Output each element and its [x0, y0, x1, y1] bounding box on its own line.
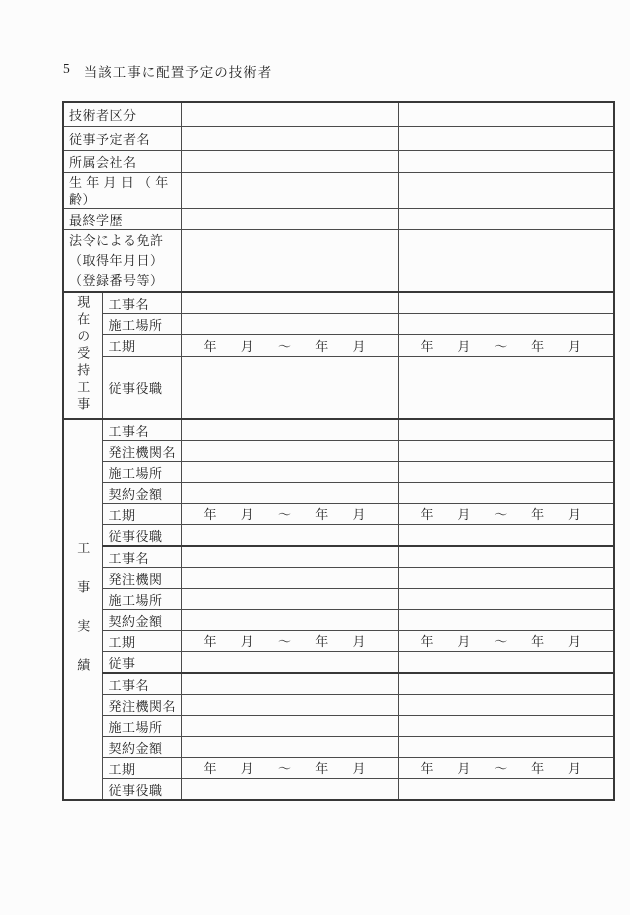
- field-cell: [181, 609, 398, 630]
- current-works-band: 現在の受持工事: [63, 292, 102, 419]
- period-template: 年 月 ～ 年 月: [182, 504, 398, 523]
- field-label-license: 法令による免許 （取得年月日） （登録番号等）: [63, 229, 181, 292]
- birthdate-line2: 齢）: [69, 191, 178, 208]
- year-label: 年: [315, 758, 328, 777]
- year-label: 年: [421, 631, 434, 650]
- field-cell: [398, 736, 614, 757]
- field-cell: [181, 208, 398, 229]
- field-cell: [398, 461, 614, 482]
- field-cell: [398, 102, 614, 126]
- year-label: 年: [315, 504, 328, 523]
- field-cell: [398, 588, 614, 609]
- field-cell: [181, 172, 398, 208]
- section-number: 5: [63, 61, 71, 81]
- field-label-work-period: 工期: [102, 630, 181, 651]
- field-label-role: 従事役職: [102, 356, 181, 418]
- license-line2: （取得年月日）: [69, 251, 178, 271]
- year-label: 年: [421, 758, 434, 777]
- year-label: 年: [421, 504, 434, 523]
- period-cell: 年 月 ～ 年 月: [398, 334, 614, 356]
- field-cell: [181, 461, 398, 482]
- field-cell: [181, 313, 398, 334]
- month-label: 月: [568, 336, 581, 355]
- field-cell: [398, 778, 614, 800]
- section-heading: 当該工事に配置予定の技術者: [84, 61, 273, 81]
- field-cell: [181, 524, 398, 546]
- field-cell: [181, 736, 398, 757]
- month-label: 月: [457, 758, 470, 777]
- field-cell: [181, 694, 398, 715]
- field-cell: [398, 715, 614, 736]
- field-cell: [398, 673, 614, 695]
- year-label: 年: [315, 631, 328, 650]
- field-cell: [398, 208, 614, 229]
- section-title: 5 当該工事に配置予定の技術者: [63, 61, 272, 81]
- field-label-work-name: 工事名: [102, 673, 181, 695]
- month-label: 月: [352, 631, 365, 650]
- period-cell: 年 月 ～ 年 月: [181, 630, 398, 651]
- field-label-ordering-agency: 発注機関名: [102, 440, 181, 461]
- field-label-work-period: 工期: [102, 503, 181, 524]
- birthdate-line1: 生 年 月 日 （ 年: [69, 174, 178, 191]
- month-label: 月: [352, 336, 365, 355]
- field-cell: [181, 440, 398, 461]
- year-label: 年: [531, 504, 544, 523]
- period-template: 年 月 ～ 年 月: [399, 758, 614, 777]
- field-cell: [398, 694, 614, 715]
- field-label-planned-worker-name: 従事予定者名: [63, 126, 181, 150]
- field-cell: [398, 229, 614, 292]
- field-cell: [181, 356, 398, 418]
- period-cell: 年 月 ～ 年 月: [398, 503, 614, 524]
- field-label-contract-amount: 契約金額: [102, 482, 181, 503]
- period-cell: 年 月 ～ 年 月: [181, 334, 398, 356]
- field-cell: [181, 778, 398, 800]
- month-label: 月: [568, 631, 581, 650]
- year-label: 年: [315, 336, 328, 355]
- tilde-label: ～: [494, 631, 507, 650]
- month-label: 月: [241, 504, 254, 523]
- year-label: 年: [204, 504, 217, 523]
- field-cell: [181, 482, 398, 503]
- field-cell: [181, 126, 398, 150]
- tilde-label: ～: [494, 758, 507, 777]
- field-cell: [398, 567, 614, 588]
- period-cell: 年 月 ～ 年 月: [398, 630, 614, 651]
- work-records-band-label: 工事実績: [76, 517, 89, 697]
- tilde-label: ～: [494, 336, 507, 355]
- field-label-work-site: 施工場所: [102, 588, 181, 609]
- license-line1: 法令による免許: [69, 231, 178, 251]
- field-cell: [181, 588, 398, 609]
- month-label: 月: [352, 504, 365, 523]
- field-label-ordering-agency: 発注機関: [102, 567, 181, 588]
- period-template: 年 月 ～ 年 月: [399, 631, 614, 650]
- tilde-label: ～: [278, 758, 291, 777]
- period-template: 年 月 ～ 年 月: [182, 336, 398, 355]
- field-label-company-name: 所属会社名: [63, 150, 181, 172]
- field-label-work-name: 工事名: [102, 292, 181, 314]
- month-label: 月: [241, 336, 254, 355]
- field-label-work-period: 工期: [102, 757, 181, 778]
- field-label-contract-amount: 契約金額: [102, 609, 181, 630]
- period-cell: 年 月 ～ 年 月: [398, 757, 614, 778]
- period-cell: 年 月 ～ 年 月: [181, 503, 398, 524]
- field-label-ordering-agency: 発注機関名: [102, 694, 181, 715]
- field-cell: [181, 673, 398, 695]
- month-label: 月: [352, 758, 365, 777]
- field-label-role: 従事役職: [102, 778, 181, 800]
- period-template: 年 月 ～ 年 月: [399, 504, 614, 523]
- month-label: 月: [241, 631, 254, 650]
- field-label-birthdate-age: 生 年 月 日 （ 年 齢）: [63, 172, 181, 208]
- field-cell: [181, 715, 398, 736]
- period-template: 年 月 ～ 年 月: [399, 336, 614, 355]
- field-cell: [398, 546, 614, 568]
- tilde-label: ～: [278, 504, 291, 523]
- month-label: 月: [568, 758, 581, 777]
- field-cell: [181, 102, 398, 126]
- field-cell: [398, 126, 614, 150]
- year-label: 年: [531, 336, 544, 355]
- field-label-work-period: 工期: [102, 334, 181, 356]
- period-template: 年 月 ～ 年 月: [182, 758, 398, 777]
- month-label: 月: [457, 631, 470, 650]
- field-label-role: 従事: [102, 651, 181, 673]
- period-template: 年 月 ～ 年 月: [182, 631, 398, 650]
- field-cell: [398, 651, 614, 673]
- field-cell: [398, 419, 614, 441]
- year-label: 年: [531, 758, 544, 777]
- tilde-label: ～: [494, 504, 507, 523]
- year-label: 年: [421, 336, 434, 355]
- tilde-label: ～: [278, 631, 291, 650]
- field-cell: [398, 313, 614, 334]
- field-label-education: 最終学歴: [63, 208, 181, 229]
- field-cell: [181, 150, 398, 172]
- year-label: 年: [531, 631, 544, 650]
- engineers-form-table-wrap: 技術者区分 従事予定者名 所属会社名 生 年 月 日 （ 年 齢） 最終学歴: [62, 101, 613, 801]
- field-cell: [398, 482, 614, 503]
- field-cell: [181, 651, 398, 673]
- field-cell: [398, 172, 614, 208]
- field-cell: [181, 546, 398, 568]
- field-label-work-site: 施工場所: [102, 313, 181, 334]
- field-cell: [398, 292, 614, 314]
- work-records-band: 工事実績: [63, 419, 102, 800]
- month-label: 月: [568, 504, 581, 523]
- license-line3: （登録番号等）: [69, 271, 178, 291]
- field-cell: [181, 419, 398, 441]
- tilde-label: ～: [278, 336, 291, 355]
- field-label-work-site: 施工場所: [102, 461, 181, 482]
- field-cell: [181, 229, 398, 292]
- field-cell: [398, 356, 614, 418]
- field-cell: [398, 524, 614, 546]
- month-label: 月: [457, 504, 470, 523]
- field-label-work-name: 工事名: [102, 546, 181, 568]
- year-label: 年: [204, 336, 217, 355]
- field-cell: [398, 150, 614, 172]
- field-cell: [181, 292, 398, 314]
- field-label-role: 従事役職: [102, 524, 181, 546]
- document-page: 5 当該工事に配置予定の技術者 技術者区分 従事予定者名 所属会社名 生 年 月…: [0, 0, 630, 915]
- field-cell: [398, 440, 614, 461]
- field-cell: [181, 567, 398, 588]
- year-label: 年: [204, 758, 217, 777]
- period-cell: 年 月 ～ 年 月: [181, 757, 398, 778]
- field-label-work-name: 工事名: [102, 419, 181, 441]
- field-label-engineer-class: 技術者区分: [63, 102, 181, 126]
- current-works-band-label: 現在の受持工事: [76, 293, 89, 414]
- month-label: 月: [241, 758, 254, 777]
- year-label: 年: [204, 631, 217, 650]
- month-label: 月: [457, 336, 470, 355]
- engineers-form-table: 技術者区分 従事予定者名 所属会社名 生 年 月 日 （ 年 齢） 最終学歴: [62, 101, 615, 801]
- field-label-contract-amount: 契約金額: [102, 736, 181, 757]
- field-cell: [398, 609, 614, 630]
- field-label-work-site: 施工場所: [102, 715, 181, 736]
